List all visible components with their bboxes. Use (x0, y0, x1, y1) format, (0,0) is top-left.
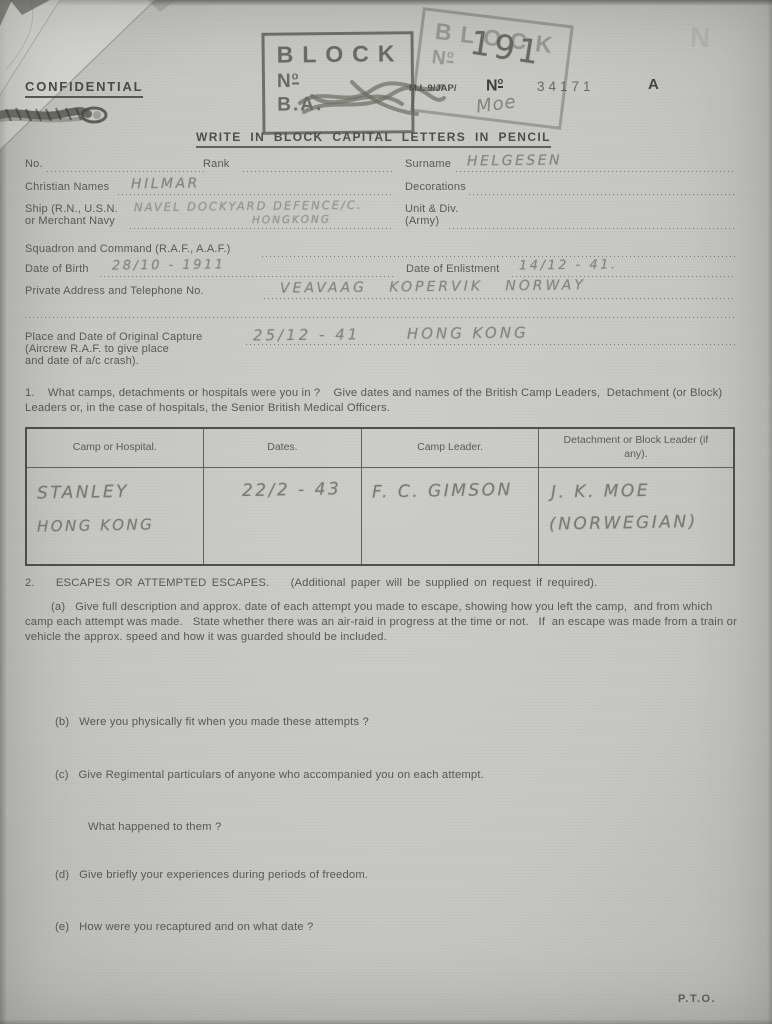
question-2c-text: (c) Give Regimental particulars of anyon… (55, 768, 705, 783)
header-camp-leader: Camp Leader. (362, 429, 539, 467)
field-address-label: Private Address and Telephone No. (25, 285, 204, 297)
field-surname-line (456, 171, 735, 172)
field-ship-line (130, 228, 393, 229)
field-enlistment-label: Date of Enlistment (406, 263, 499, 275)
stamp-left-no-n: N (277, 71, 292, 92)
binding-string (0, 98, 120, 138)
header-camp-or-hospital: Camp or Hospital. (27, 429, 204, 467)
reference-number: 34171 (537, 79, 595, 94)
field-rank-line (243, 171, 393, 172)
field-christian-names-label: Christian Names (25, 181, 109, 193)
field-squadron-label: Squadron and Command (R.A.F., A.A.F.) (25, 243, 231, 255)
page-turn-over-label: P.T.O. (678, 993, 716, 1005)
header-detachment-leader: Detachment or Block Leader (if any). (539, 429, 733, 467)
field-capture-line (246, 344, 735, 345)
reference-letter: A (648, 76, 659, 93)
reference-no-label: No (486, 76, 503, 95)
reference-no-o: o (498, 76, 504, 88)
field-capture-note-2: and date of a/c crash). (25, 355, 139, 367)
detachment-leader-line2: (NORWEGIAN) (549, 511, 733, 534)
enlistment-value: 14/12 - 41. (519, 257, 618, 273)
field-no-label: No. (25, 158, 43, 170)
mi9-reference-prefix: M.I. 9/JAP/ (409, 83, 457, 94)
question-2c-followup-text: What happened to them ? (88, 820, 488, 835)
camp-leader-value: F. C. GIMSON (372, 480, 538, 503)
field-address-line (264, 298, 735, 299)
camp-value-line1: STANLEY (37, 481, 203, 504)
field-unit-div-label-2: (Army) (405, 215, 439, 227)
scan-edge-right (767, 0, 772, 1024)
field-unit-div-label-1: Unit & Div. (405, 203, 458, 215)
confidential-label: CONFIDENTIAL (25, 79, 143, 98)
field-capture-label: Place and Date of Original Capture (25, 331, 202, 343)
ghost-bleedthrough-mark: N (689, 21, 717, 54)
field-rank-label: Rank (203, 158, 229, 170)
question-2e-text: (e) How were you recaptured and on what … (55, 920, 705, 935)
cell-detachment-leader: J. K. MOE (NORWEGIAN) (539, 468, 733, 564)
cell-camp-leader: F. C. GIMSON (362, 468, 539, 564)
field-christian-names-line (118, 194, 393, 195)
question-2d-text: (d) Give briefly your experiences during… (55, 868, 705, 883)
field-ship-label-1: Ship (R.N., U.S.N. (25, 203, 118, 215)
scan-edge-bottom (0, 1019, 772, 1024)
ship-value-line2: HONGKONG (252, 214, 331, 227)
christian-names-value: HILMAR (131, 176, 200, 193)
scanned-pow-liberation-form: CONFIDENTIAL N BLOCK No B.A. BLOCK No 19… (0, 0, 772, 1024)
surname-value: HELGESEN (467, 153, 562, 170)
field-capture-note-1: (Aircrew R.A.F. to give place (25, 343, 169, 355)
question-2b-text: (b) Were you physically fit when you mad… (55, 715, 705, 730)
detachment-leader-line1: J. K. MOE (551, 479, 733, 502)
header-dates: Dates. (204, 429, 363, 467)
field-dob-label: Date of Birth (25, 263, 89, 275)
field-decorations-line (469, 194, 735, 195)
pencil-scribble (292, 68, 452, 130)
camps-table-body-row: STANLEY HONG KONG 22/2 - 43 F. C. GIMSON… (27, 468, 733, 564)
field-dob-line (100, 276, 393, 277)
capture-value: 25/12 - 41 HONG KONG (253, 324, 529, 345)
question-2a-text: (a) Give full description and approx. da… (25, 600, 743, 645)
stamp-right-no-n: N (431, 47, 448, 70)
reference-no-n: N (486, 77, 498, 94)
address-value: VEAVAAG KOPERVIK NORWAY (280, 277, 586, 296)
field-decorations-label: Decorations (405, 181, 466, 193)
cell-camp: STANLEY HONG KONG (27, 468, 204, 564)
field-ship-label-2: or Merchant Navy (25, 215, 115, 227)
dob-value: 28/10 - 1911 (112, 257, 226, 273)
camps-table: Camp or Hospital. Dates. Camp Leader. De… (25, 427, 735, 566)
field-unit-div-line (449, 228, 735, 229)
question-1-text: 1. What camps, detachments or hospitals … (25, 386, 739, 416)
instruction-heading: WRITE IN BLOCK CAPITAL LETTERS IN PENCIL (196, 130, 551, 148)
stamp-left-word: BLOCK (277, 40, 411, 68)
field-no-line (47, 171, 205, 172)
question-2-heading: 2. ESCAPES OR ATTEMPTED ESCAPES. (Additi… (25, 576, 741, 591)
ship-value-line1: NAVEL DOCKYARD DEFENCE/C. (134, 198, 363, 214)
field-squadron-line (262, 256, 735, 257)
field-surname-label: Surname (405, 158, 451, 170)
camps-table-header-row: Camp or Hospital. Dates. Camp Leader. De… (27, 429, 733, 468)
dates-value: 22/2 - 43 (241, 479, 361, 501)
camp-value-line2: HONG KONG (37, 515, 203, 536)
stamp-right-no-o: o (446, 48, 455, 63)
field-address-continuation-line (25, 317, 735, 318)
cell-dates: 22/2 - 43 (204, 468, 363, 564)
